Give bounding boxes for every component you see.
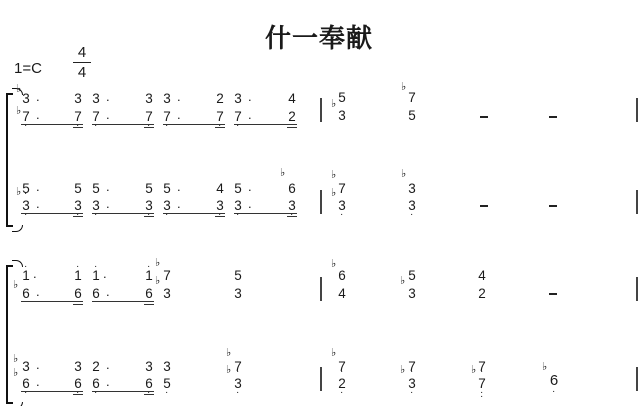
time-numerator: 4: [73, 44, 91, 61]
note: 3·: [286, 199, 298, 213]
note: 6: [143, 287, 155, 301]
note: 6: [90, 287, 102, 301]
augmentation-dot: .: [106, 179, 110, 194]
augmentation-dot: .: [33, 266, 37, 281]
note: 7·: [90, 110, 102, 124]
note: 6: [20, 287, 32, 301]
note: 3·: [143, 199, 155, 213]
note: 1·: [90, 269, 102, 283]
note: 7·: [476, 360, 488, 374]
note: 3: [232, 287, 244, 301]
note: 6: [72, 287, 84, 301]
note: 7·: [336, 360, 348, 374]
augmentation-dot: .: [106, 284, 110, 299]
barline: [636, 367, 638, 391]
extension-dash: [480, 116, 488, 118]
beam-underline: [73, 216, 83, 217]
beam-underline: [163, 213, 225, 214]
note: 5: [406, 109, 418, 123]
note: 5: [161, 182, 173, 196]
beam-underline: [73, 127, 83, 128]
note: 5: [232, 182, 244, 196]
flat-icon: ♭: [155, 274, 160, 287]
beam-underline: [92, 213, 154, 214]
note: 3: [161, 360, 173, 374]
flat-icon: ♭: [400, 274, 405, 287]
note: 7: [336, 182, 348, 196]
note: 1·: [72, 269, 84, 283]
note: 7·: [214, 110, 226, 124]
extension-dash: [549, 205, 557, 207]
note: 1·: [20, 269, 32, 283]
note: 7·: [161, 110, 173, 124]
note: 5: [406, 269, 418, 283]
barline: [636, 277, 638, 301]
note: 1·: [143, 269, 155, 283]
flat-icon: ♭: [226, 346, 231, 359]
augmentation-dot: .: [36, 196, 40, 211]
beam-underline: [144, 216, 154, 217]
note: 2: [476, 287, 488, 301]
beam-underline: [21, 391, 83, 392]
augmentation-dot: .: [177, 107, 181, 122]
time-divider: [73, 62, 91, 63]
augmentation-dot: .: [106, 196, 110, 211]
beam-underline: [163, 124, 225, 125]
note: 3: [90, 92, 102, 106]
beam-underline: [215, 127, 225, 128]
augmentation-dot: .: [106, 357, 110, 372]
flat-icon: ♭: [400, 363, 405, 376]
note: 7·: [232, 360, 244, 374]
beam-underline: [215, 216, 225, 217]
note: 7·: [232, 110, 244, 124]
beam-underline: [21, 124, 83, 125]
note: 5: [232, 269, 244, 283]
beam-underline: [287, 127, 297, 128]
beam-underline: [92, 301, 154, 302]
augmentation-dot: .: [177, 196, 181, 211]
augmentation-dot: .: [177, 89, 181, 104]
note: 4: [214, 182, 226, 196]
flat-icon: ♭: [13, 366, 18, 379]
beam-underline: [73, 394, 83, 395]
augmentation-dot: .: [248, 196, 252, 211]
system-brace-1: [6, 93, 13, 227]
beam-underline: [92, 391, 154, 392]
flat-icon: ♭: [226, 363, 231, 376]
augmentation-dot: .: [106, 89, 110, 104]
note: 7: [406, 91, 418, 105]
beam-underline: [234, 213, 297, 214]
note: 5·: [161, 377, 173, 391]
note: 6·: [548, 374, 560, 388]
note: 6·: [143, 377, 155, 391]
note: 3·: [232, 377, 244, 391]
extension-dash: [480, 205, 488, 207]
beam-underline: [92, 124, 154, 125]
augmentation-dot: .: [36, 374, 40, 389]
augmentation-dot: .: [36, 284, 40, 299]
barline: [320, 98, 322, 122]
augmentation-dot: .: [106, 374, 110, 389]
beam-underline: [144, 304, 154, 305]
note: 6: [286, 182, 298, 196]
note: 5: [72, 182, 84, 196]
note: 2·: [336, 377, 348, 391]
flat-icon: ♭: [155, 256, 160, 269]
augmentation-dot: .: [103, 266, 107, 281]
note: 3: [20, 92, 32, 106]
flat-icon: ♭: [542, 360, 547, 373]
augmentation-dot: .: [36, 89, 40, 104]
note: 5: [90, 182, 102, 196]
note: 4: [336, 287, 348, 301]
note: 3: [143, 92, 155, 106]
augmentation-dot: .: [177, 179, 181, 194]
note: 3·: [20, 199, 32, 213]
note: 3: [143, 360, 155, 374]
barline: [320, 277, 322, 301]
note: 3: [72, 92, 84, 106]
note: 3: [406, 182, 418, 196]
note: 3: [20, 360, 32, 374]
system-brace-2: [6, 265, 13, 404]
score-title: 什一奉献: [0, 18, 638, 55]
beam-underline: [73, 304, 83, 305]
note: 3: [161, 287, 173, 301]
time-denominator: 4: [73, 64, 91, 81]
note: 6: [336, 269, 348, 283]
note: 5: [143, 182, 155, 196]
beam-underline: [21, 213, 83, 214]
flat-icon: ♭: [13, 278, 18, 291]
note: 5·: [20, 182, 32, 196]
note: 3: [161, 92, 173, 106]
augmentation-dot: .: [36, 357, 40, 372]
augmentation-dot: .: [248, 107, 252, 122]
augmentation-dot: .: [248, 89, 252, 104]
flat-icon: ♭: [13, 352, 18, 365]
extension-dash: [549, 293, 557, 295]
augmentation-dot: .: [36, 179, 40, 194]
note: 3·: [72, 199, 84, 213]
note: 7··: [476, 377, 488, 391]
note: 4: [286, 92, 298, 106]
note: 3: [232, 92, 244, 106]
note: 2: [214, 92, 226, 106]
beam-underline: [287, 216, 297, 217]
note: 2: [90, 360, 102, 374]
note: 6·: [90, 377, 102, 391]
extension-dash: [549, 116, 557, 118]
augmentation-dot: .: [106, 107, 110, 122]
flat-icon: ♭: [331, 168, 336, 181]
barline: [320, 190, 322, 214]
note: 3: [406, 287, 418, 301]
augmentation-dot: .: [36, 107, 40, 122]
note: 3·: [406, 377, 418, 391]
beam-underline: [234, 124, 297, 125]
note: 2: [286, 110, 298, 124]
augmentation-dot: .: [248, 179, 252, 194]
barline: [320, 367, 322, 391]
note: 6·: [20, 377, 32, 391]
note: 7·: [143, 110, 155, 124]
note: 3·: [406, 199, 418, 213]
note: 3·: [232, 199, 244, 213]
note: 7·: [406, 360, 418, 374]
note: 3·: [90, 199, 102, 213]
time-signature: 4 4: [73, 44, 91, 81]
note: 7·: [72, 110, 84, 124]
note: 7·: [20, 110, 32, 124]
flat-icon: ♭: [280, 166, 285, 179]
barline: [636, 98, 638, 122]
beam-underline: [144, 394, 154, 395]
note: 3: [72, 360, 84, 374]
note: 5: [336, 91, 348, 105]
key-signature: 1=C: [14, 60, 42, 77]
flat-icon: ♭: [401, 167, 406, 180]
note: 3·: [336, 199, 348, 213]
beam-underline: [21, 301, 83, 302]
beam-underline: [144, 127, 154, 128]
note: 3·: [214, 199, 226, 213]
note: 7: [161, 269, 173, 283]
note: 6·: [72, 377, 84, 391]
flat-icon: ♭: [331, 346, 336, 359]
note: 4: [476, 269, 488, 283]
note: 3: [336, 109, 348, 123]
note: 3·: [161, 199, 173, 213]
barline: [636, 190, 638, 214]
